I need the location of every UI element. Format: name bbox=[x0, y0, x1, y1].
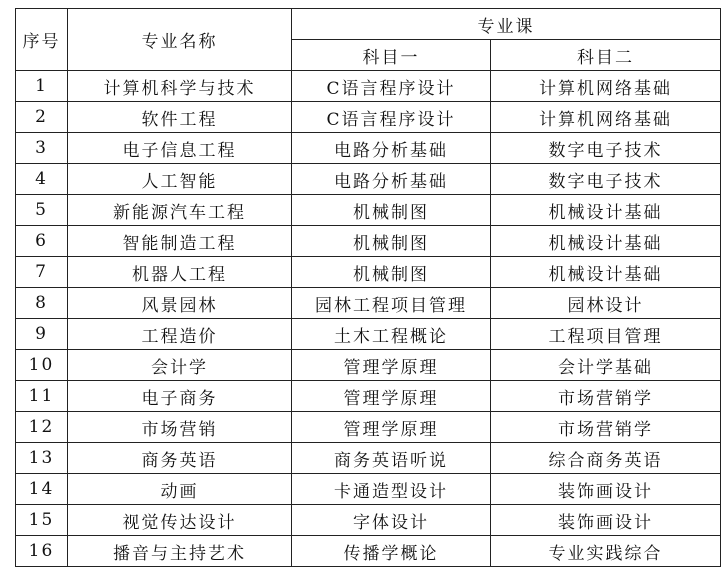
table-row: 10会计学管理学原理会计学基础 bbox=[16, 350, 721, 381]
cell-major: 视觉传达设计 bbox=[68, 505, 292, 536]
cell-subject1: 商务英语听说 bbox=[292, 443, 491, 474]
table-row: 13商务英语商务英语听说综合商务英语 bbox=[16, 443, 721, 474]
table-row: 8风景园林园林工程项目管理园林设计 bbox=[16, 288, 721, 319]
cell-no: 4 bbox=[16, 164, 68, 195]
table-row: 6智能制造工程机械制图机械设计基础 bbox=[16, 226, 721, 257]
cell-no: 10 bbox=[16, 350, 68, 381]
cell-no: 6 bbox=[16, 226, 68, 257]
cell-subject2: 机械设计基础 bbox=[491, 226, 721, 257]
cell-subject2: 计算机网络基础 bbox=[491, 102, 721, 133]
cell-no: 8 bbox=[16, 288, 68, 319]
cell-subject2: 机械设计基础 bbox=[491, 195, 721, 226]
cell-subject1: 传播学概论 bbox=[292, 536, 491, 567]
cell-subject2: 市场营销学 bbox=[491, 412, 721, 443]
table-row: 11电子商务管理学原理市场营销学 bbox=[16, 381, 721, 412]
table-row: 3电子信息工程电路分析基础数字电子技术 bbox=[16, 133, 721, 164]
cell-major: 新能源汽车工程 bbox=[68, 195, 292, 226]
table-row: 12市场营销管理学原理市场营销学 bbox=[16, 412, 721, 443]
table-row: 7机器人工程机械制图机械设计基础 bbox=[16, 257, 721, 288]
cell-subject1: 土木工程概论 bbox=[292, 319, 491, 350]
cell-no: 11 bbox=[16, 381, 68, 412]
cell-subject1: C语言程序设计 bbox=[292, 71, 491, 102]
cell-subject2: 综合商务英语 bbox=[491, 443, 721, 474]
cell-subject1: 机械制图 bbox=[292, 257, 491, 288]
cell-major: 机器人工程 bbox=[68, 257, 292, 288]
cell-subject2: 工程项目管理 bbox=[491, 319, 721, 350]
cell-no: 14 bbox=[16, 474, 68, 505]
cell-major: 播音与主持艺术 bbox=[68, 536, 292, 567]
cell-subject2: 园林设计 bbox=[491, 288, 721, 319]
cell-subject2: 计算机网络基础 bbox=[491, 71, 721, 102]
cell-no: 3 bbox=[16, 133, 68, 164]
table-row: 15视觉传达设计字体设计装饰画设计 bbox=[16, 505, 721, 536]
header-subject2: 科目二 bbox=[491, 40, 721, 71]
cell-major: 商务英语 bbox=[68, 443, 292, 474]
table-row: 2软件工程C语言程序设计计算机网络基础 bbox=[16, 102, 721, 133]
cell-subject1: 管理学原理 bbox=[292, 350, 491, 381]
majors-courses-table: 序号 专业名称 专业课 科目一 科目二 1计算机科学与技术C语言程序设计计算机网… bbox=[15, 8, 721, 567]
cell-subject1: 管理学原理 bbox=[292, 381, 491, 412]
cell-no: 12 bbox=[16, 412, 68, 443]
cell-major: 市场营销 bbox=[68, 412, 292, 443]
cell-subject2: 数字电子技术 bbox=[491, 164, 721, 195]
cell-subject1: 卡通造型设计 bbox=[292, 474, 491, 505]
cell-major: 电子信息工程 bbox=[68, 133, 292, 164]
cell-major: 软件工程 bbox=[68, 102, 292, 133]
cell-major: 风景园林 bbox=[68, 288, 292, 319]
cell-no: 13 bbox=[16, 443, 68, 474]
cell-subject1: 机械制图 bbox=[292, 195, 491, 226]
cell-subject2: 会计学基础 bbox=[491, 350, 721, 381]
cell-major: 工程造价 bbox=[68, 319, 292, 350]
cell-no: 9 bbox=[16, 319, 68, 350]
cell-subject1: 机械制图 bbox=[292, 226, 491, 257]
table-row: 5新能源汽车工程机械制图机械设计基础 bbox=[16, 195, 721, 226]
cell-subject1: 电路分析基础 bbox=[292, 164, 491, 195]
table-row: 14动画卡通造型设计装饰画设计 bbox=[16, 474, 721, 505]
cell-subject2: 专业实践综合 bbox=[491, 536, 721, 567]
cell-no: 2 bbox=[16, 102, 68, 133]
cell-subject2: 数字电子技术 bbox=[491, 133, 721, 164]
cell-subject2: 装饰画设计 bbox=[491, 505, 721, 536]
cell-no: 16 bbox=[16, 536, 68, 567]
table-row: 4人工智能电路分析基础数字电子技术 bbox=[16, 164, 721, 195]
cell-major: 会计学 bbox=[68, 350, 292, 381]
cell-major: 计算机科学与技术 bbox=[68, 71, 292, 102]
cell-subject2: 装饰画设计 bbox=[491, 474, 721, 505]
cell-subject1: 园林工程项目管理 bbox=[292, 288, 491, 319]
cell-major: 电子商务 bbox=[68, 381, 292, 412]
table-row: 1计算机科学与技术C语言程序设计计算机网络基础 bbox=[16, 71, 721, 102]
cell-major: 动画 bbox=[68, 474, 292, 505]
cell-subject1: 管理学原理 bbox=[292, 412, 491, 443]
header-index: 序号 bbox=[16, 9, 68, 71]
header-subject1: 科目一 bbox=[292, 40, 491, 71]
header-courses-group: 专业课 bbox=[292, 9, 721, 40]
cell-subject1: 字体设计 bbox=[292, 505, 491, 536]
cell-subject2: 机械设计基础 bbox=[491, 257, 721, 288]
cell-major: 智能制造工程 bbox=[68, 226, 292, 257]
cell-subject2: 市场营销学 bbox=[491, 381, 721, 412]
cell-no: 5 bbox=[16, 195, 68, 226]
cell-subject1: C语言程序设计 bbox=[292, 102, 491, 133]
table-row: 16播音与主持艺术传播学概论专业实践综合 bbox=[16, 536, 721, 567]
table-row: 9工程造价土木工程概论工程项目管理 bbox=[16, 319, 721, 350]
cell-no: 15 bbox=[16, 505, 68, 536]
header-row-1: 序号 专业名称 专业课 bbox=[16, 9, 721, 40]
cell-no: 7 bbox=[16, 257, 68, 288]
cell-major: 人工智能 bbox=[68, 164, 292, 195]
cell-subject1: 电路分析基础 bbox=[292, 133, 491, 164]
cell-no: 1 bbox=[16, 71, 68, 102]
header-major: 专业名称 bbox=[68, 9, 292, 71]
